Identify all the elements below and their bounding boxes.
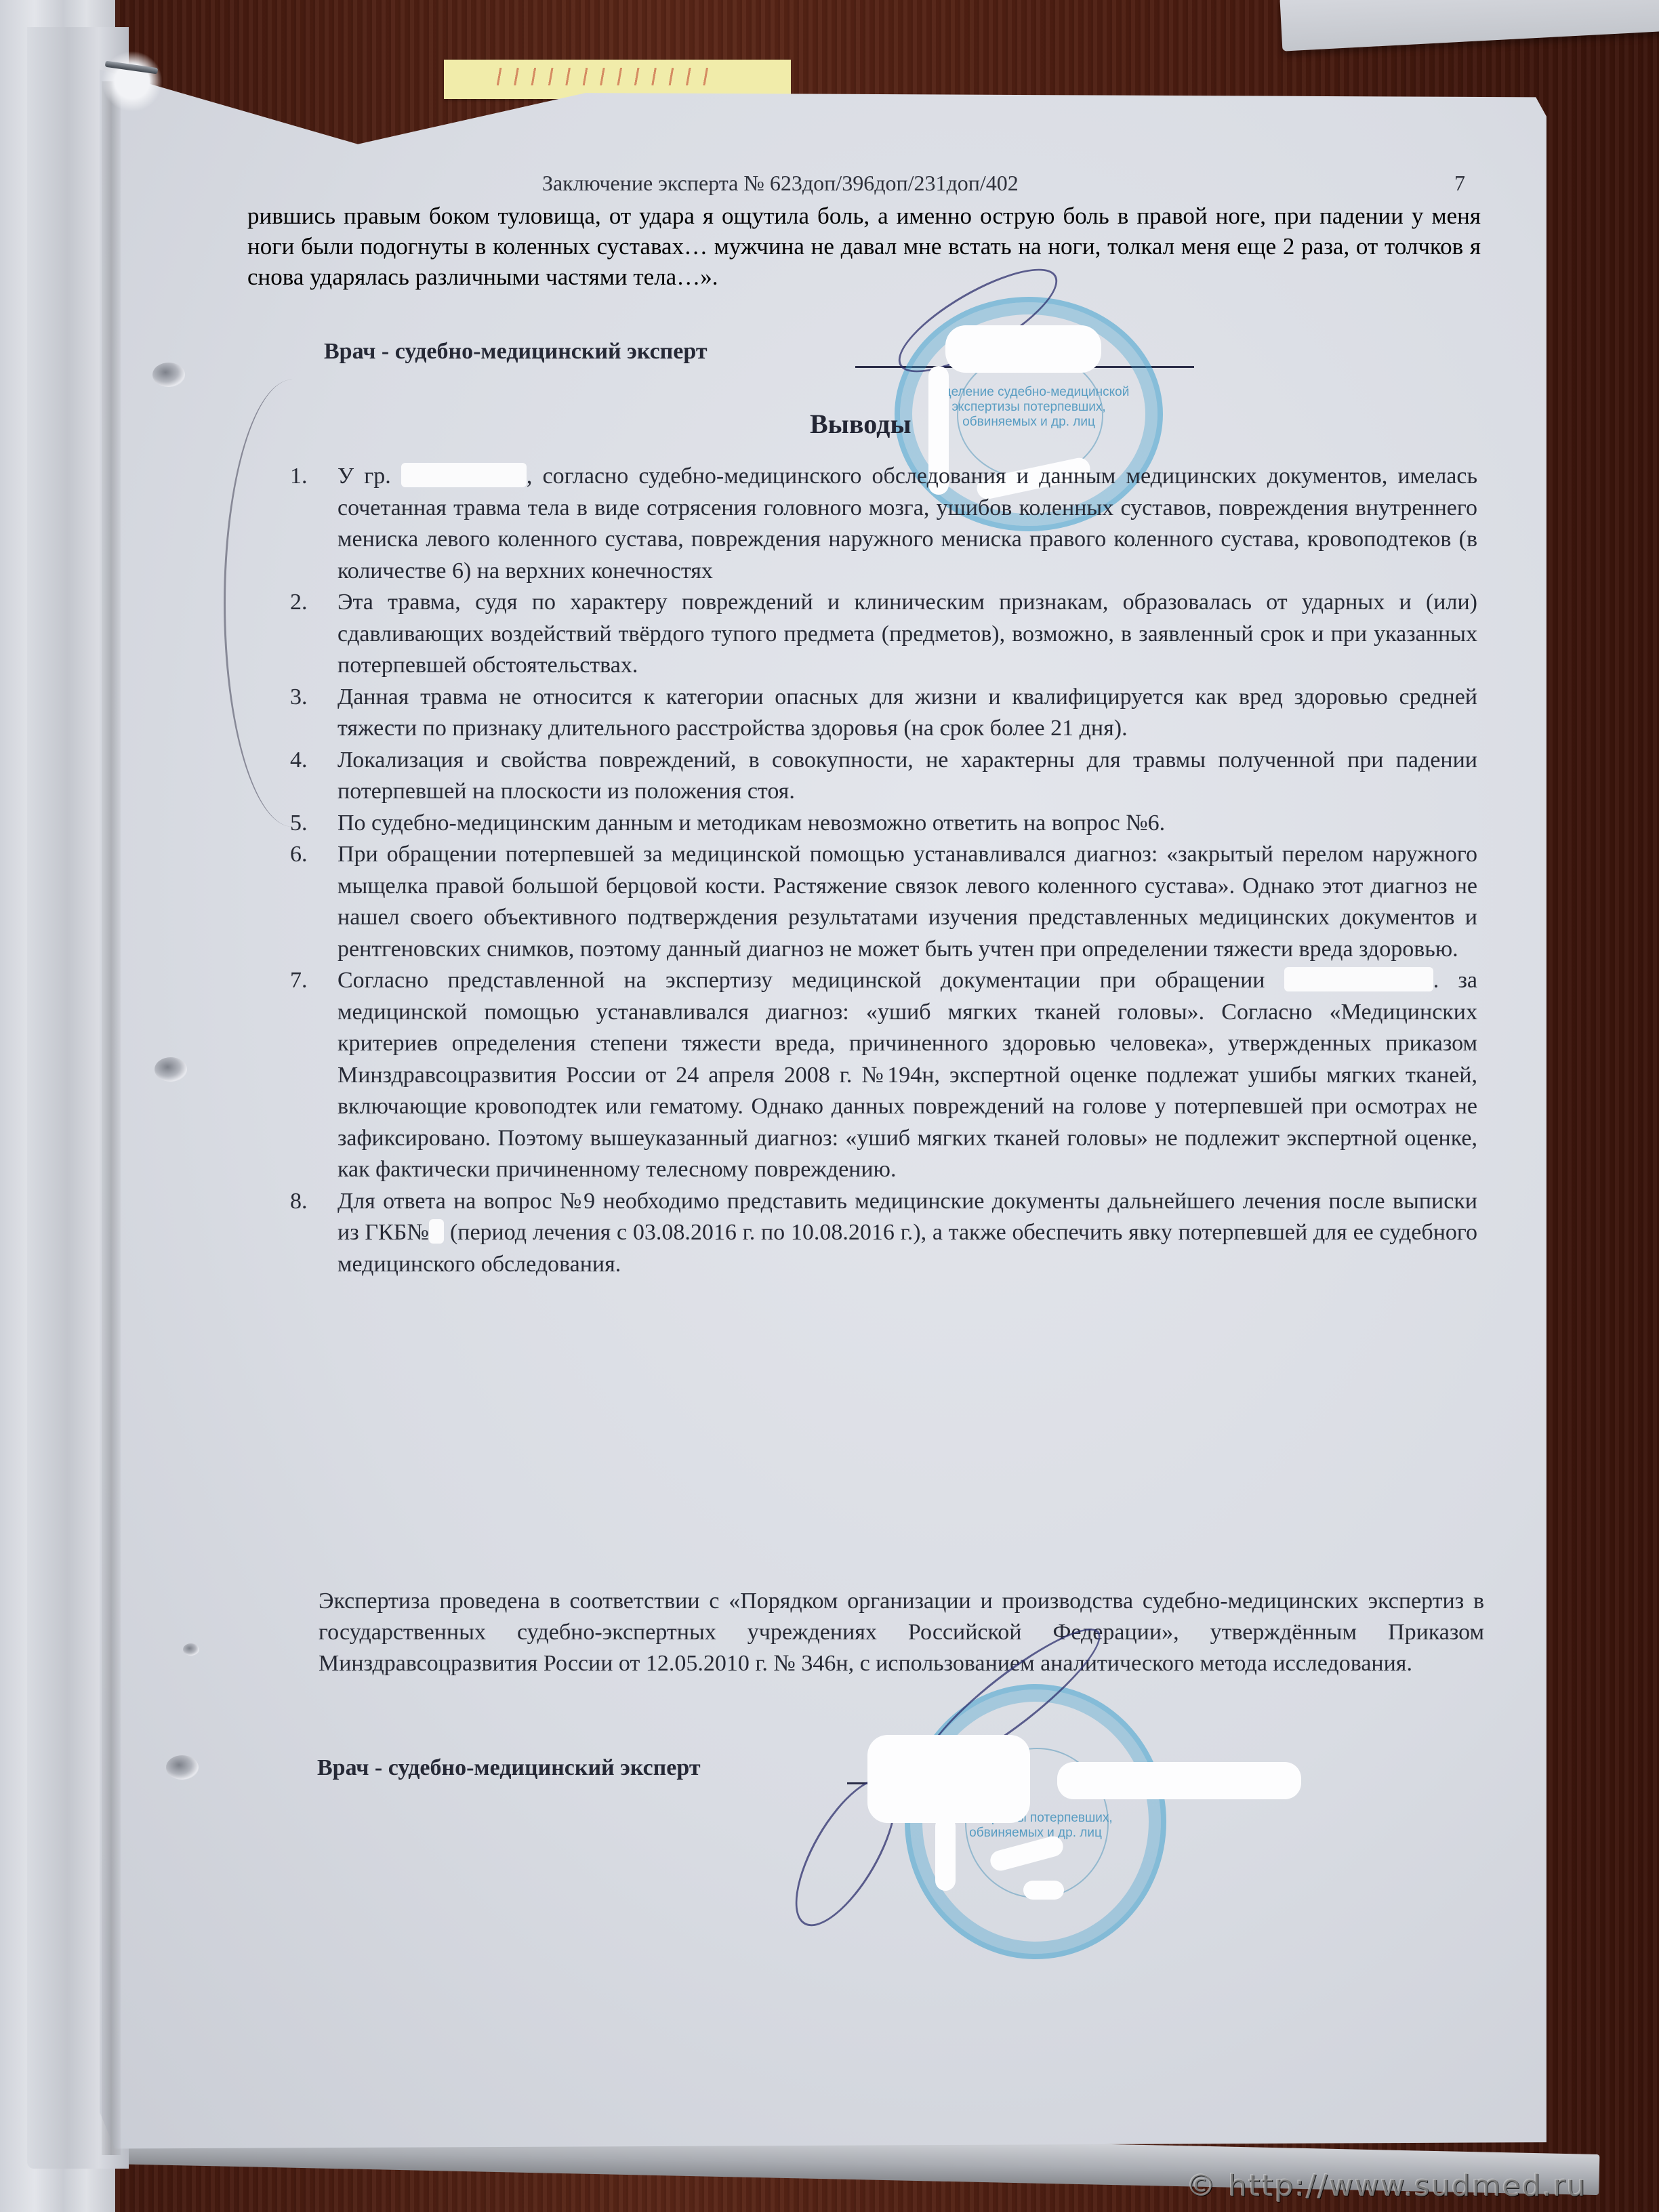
- item-text: Локализация и свойства повреждений, в со…: [337, 747, 1477, 804]
- page-fold: [102, 81, 121, 2155]
- sticky-note-tab: [444, 60, 791, 99]
- item-text: При обращении потерпевшей за медицинской…: [337, 842, 1477, 962]
- conclusion-item: 8. Для ответа на вопрос №9 необходимо пр…: [290, 1186, 1477, 1281]
- signature-label: Врач - судебно-медицинский эксперт: [317, 1755, 701, 1781]
- conclusion-item: 4. Локализация и свойства повреждений, в…: [290, 745, 1477, 808]
- redaction-mark: [867, 1735, 1030, 1823]
- redaction-mark: [935, 1816, 956, 1891]
- item-number: 2.: [290, 587, 308, 619]
- punch-hole-icon: [155, 1057, 187, 1082]
- torn-staple-area: [102, 51, 163, 112]
- item-number: 5.: [290, 808, 308, 840]
- conclusion-item: 3. Данная травма не относится к категори…: [290, 682, 1477, 745]
- conclusion-item: 5. По судебно-медицинским данным и метод…: [290, 808, 1477, 840]
- signature-label: Врач - судебно-медицинский эксперт: [324, 339, 708, 365]
- closing-text: Экспертиза проведена в соответствии с «П…: [319, 1589, 1484, 1676]
- punch-hole-icon: [152, 363, 185, 387]
- item-number: 7.: [290, 965, 308, 997]
- redaction-mark: [945, 325, 1101, 373]
- item-text: По судебно-медицинским данным и методика…: [337, 811, 1165, 836]
- item-text: (период лечения с 03.08.2016 г. по 10.08…: [337, 1220, 1477, 1277]
- redacted-name: [1284, 967, 1433, 991]
- item-text: У гр.: [337, 464, 391, 489]
- redacted-hospital-number: [429, 1219, 444, 1244]
- item-number: 4.: [290, 745, 308, 777]
- item-number: 6.: [290, 839, 308, 871]
- item-text: Согласно представленной на экспертизу ме…: [337, 968, 1265, 993]
- background-paper-stack: [1279, 0, 1659, 52]
- stamp-text: Отделение судебно-медицинской экспертизы…: [926, 385, 1132, 430]
- punch-hole-icon: [166, 1755, 199, 1780]
- conclusion-item: 1. У гр. , согласно судебно-медицинского…: [290, 461, 1477, 587]
- closing-paragraph: Экспертиза проведена в соответствии с «П…: [319, 1586, 1484, 1679]
- intro-paragraph: рившись правым боком туловища, от удара …: [247, 201, 1481, 292]
- page-number: 7: [1454, 171, 1465, 196]
- conclusions-heading: Выводы: [810, 408, 912, 440]
- redaction-mark: [1057, 1762, 1301, 1799]
- conclusion-item: 2. Эта травма, судя по характеру поврежд…: [290, 587, 1477, 682]
- item-text: Эта травма, судя по характеру повреждени…: [337, 590, 1477, 678]
- punch-hole-icon: [183, 1643, 199, 1656]
- copyright-watermark: © http://www.sudmed.ru: [1186, 2169, 1586, 2203]
- conclusion-item: 6. При обращении потерпевшей за медицинс…: [290, 839, 1477, 965]
- item-text: Данная травма не относится к категории о…: [337, 684, 1477, 741]
- page-header: Заключение эксперта № 623доп/396доп/231д…: [271, 171, 1484, 198]
- conclusion-item: 7. Согласно представленной на экспертизу…: [290, 965, 1477, 1186]
- item-text: . за медицинской помощью устанавливался …: [337, 968, 1477, 1182]
- conclusions-list: 1. У гр. , согласно судебно-медицинского…: [290, 461, 1477, 1280]
- item-number: 8.: [290, 1186, 308, 1218]
- item-number: 1.: [290, 461, 308, 493]
- document-title: Заключение эксперта № 623доп/396доп/231д…: [542, 171, 1019, 196]
- redacted-name: [401, 463, 527, 487]
- item-number: 3.: [290, 682, 308, 714]
- redaction-mark: [1023, 1881, 1064, 1900]
